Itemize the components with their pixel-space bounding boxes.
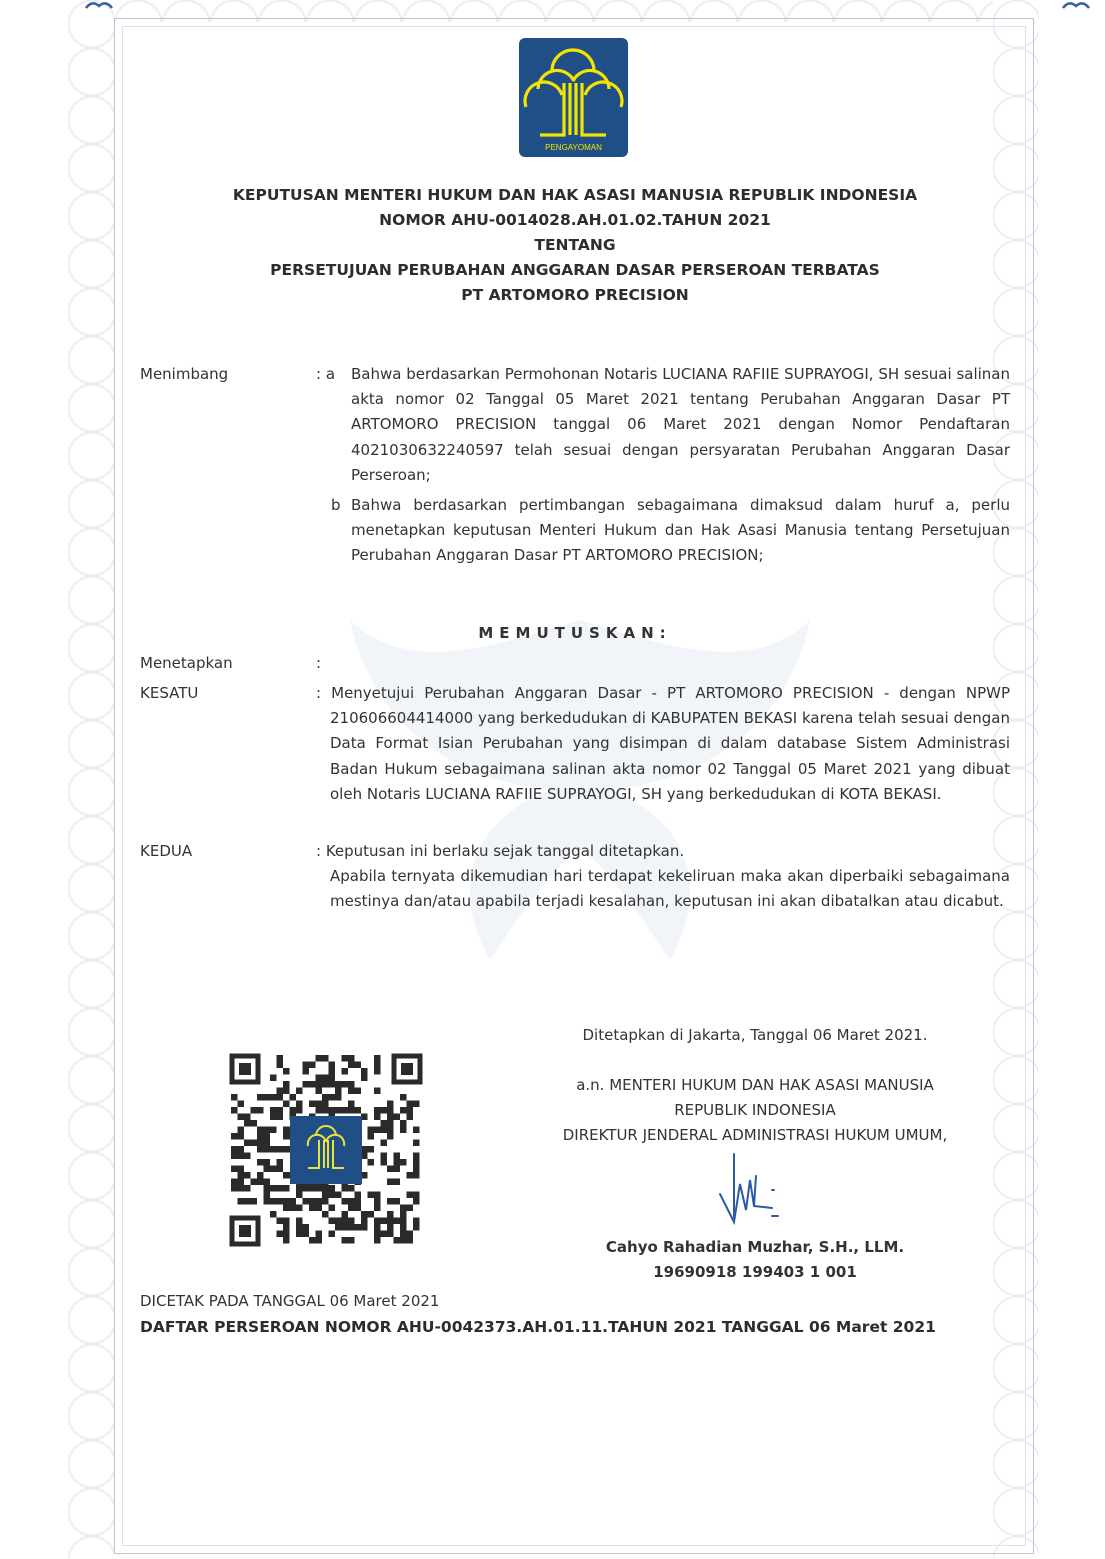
decree-title: KEPUTUSAN MENTERI HUKUM DAN HAK ASASI MA… bbox=[140, 183, 1010, 208]
qr-code-icon[interactable] bbox=[228, 1052, 424, 1248]
on-behalf-line2: REPUBLIK INDONESIA bbox=[530, 1101, 980, 1119]
place-date: Ditetapkan di Jakarta, Tanggal 06 Maret … bbox=[530, 1026, 980, 1044]
kedua-label: KEDUA bbox=[140, 842, 192, 860]
decree-about-label: TENTANG bbox=[140, 233, 1010, 258]
menimbang-item-a: Bahwa berdasarkan Permohonan Notaris LUC… bbox=[351, 362, 1010, 488]
signer-name: Cahyo Rahadian Muzhar, S.H., LLM. bbox=[530, 1238, 980, 1256]
signer-position: DIREKTUR JENDERAL ADMINISTRASI HUKUM UMU… bbox=[530, 1126, 980, 1144]
ornament-icon bbox=[84, 0, 114, 10]
menimbang-item-b: Bahwa berdasarkan pertimbangan sebagaima… bbox=[351, 493, 1010, 569]
signer-nip: 19690918 199403 1 001 bbox=[530, 1263, 980, 1281]
pengayoman-logo-icon: PENGAYOMAN bbox=[518, 37, 629, 158]
printed-date: DICETAK PADA TANGGAL 06 Maret 2021 bbox=[140, 1292, 439, 1310]
decorative-border-left bbox=[68, 0, 114, 1559]
kedua-text: Apabila ternyata dikemudian hari terdapa… bbox=[330, 864, 1010, 914]
company-name: PT ARTOMORO PRECISION bbox=[140, 283, 1010, 308]
menimbang-marker-a: : a bbox=[316, 365, 335, 383]
kesatu-body: : Menyetujui Perubahan Anggaran Dasar - … bbox=[316, 684, 1010, 803]
menimbang-marker-b: b bbox=[331, 496, 341, 514]
decree-subject: PERSETUJUAN PERUBAHAN ANGGARAN DASAR PER… bbox=[140, 258, 1010, 283]
kesatu-label: KESATU bbox=[140, 684, 198, 702]
logo-caption: PENGAYOMAN bbox=[545, 143, 602, 152]
menetapkan-colon: : bbox=[316, 654, 321, 672]
on-behalf-line1: a.n. MENTERI HUKUM DAN HAK ASASI MANUSIA bbox=[530, 1076, 980, 1094]
menimbang-label: Menimbang bbox=[140, 365, 228, 383]
menetapkan-label: Menetapkan bbox=[140, 654, 233, 672]
kedua-line1: : Keputusan ini berlaku sejak tanggal di… bbox=[316, 842, 684, 860]
decree-number: NOMOR AHU-0014028.AH.01.02.TAHUN 2021 bbox=[140, 208, 1010, 233]
signature-icon bbox=[716, 1150, 786, 1228]
company-register-number: DAFTAR PERSEROAN NOMOR AHU-0042373.AH.01… bbox=[140, 1318, 936, 1336]
kesatu-text: : Menyetujui Perubahan Anggaran Dasar - … bbox=[316, 681, 1010, 807]
memutuskan-heading: MEMUTUSKAN: bbox=[140, 624, 1010, 642]
ornament-icon bbox=[1061, 0, 1091, 10]
